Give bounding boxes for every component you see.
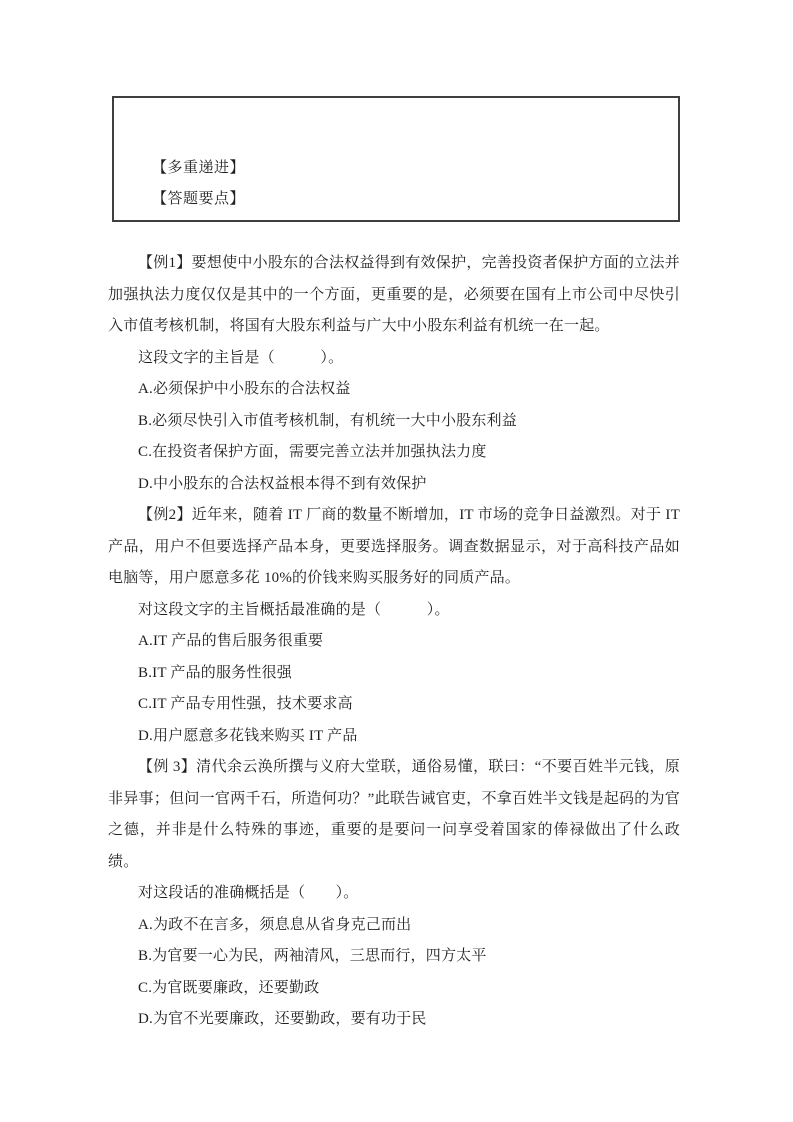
option-c: C.IT 产品专用性强，技术要求高	[108, 689, 680, 721]
document-page: 【多重递进】 【答题要点】 【例1】要想使中小股东的合法权益得到有效保护，完善投…	[0, 0, 793, 1122]
option-c: C.为官既要廉政，还要勤政	[108, 973, 680, 1005]
question-block-1: 【例1】要想使中小股东的合法权益得到有效保护，完善投资者保护方面的立法并加强执法…	[108, 248, 680, 500]
question-block-3: 【例 3】清代余云涣所撰与义府大堂联，通俗易懂，联曰：“不要百姓半元钱，原非异事…	[108, 752, 680, 1036]
summary-line-answer-points: 【答题要点】	[152, 184, 245, 215]
option-a: A.必须保护中小股东的合法权益	[108, 374, 680, 406]
option-c: C.在投资者保护方面，需要完善立法并加强执法力度	[108, 437, 680, 469]
option-a: A.IT 产品的售后服务很重要	[108, 626, 680, 658]
summary-line-multiple-progression: 【多重递进】	[152, 153, 245, 184]
option-d: D.为官不光要廉政，还要勤政，要有功于民	[108, 1004, 680, 1036]
question-stem: 【例2】近年来，随着 IT 厂商的数量不断增加，IT 市场的竞争日益激烈。对于 …	[108, 500, 680, 595]
option-a: A.为政不在言多，须息息从省身克己而出	[108, 910, 680, 942]
question-prompt: 对这段话的准确概括是（ ）。	[108, 878, 680, 910]
question-prompt: 这段文字的主旨是（ ）。	[108, 343, 680, 375]
option-d: D.中小股东的合法权益根本得不到有效保护	[108, 469, 680, 501]
option-b: B.必须尽快引入市值考核机制，有机统一大中小股东利益	[108, 406, 680, 438]
question-stem: 【例1】要想使中小股东的合法权益得到有效保护，完善投资者保护方面的立法并加强执法…	[108, 248, 680, 343]
option-b: B.为官要一心为民，两袖清风，三思而行，四方太平	[108, 941, 680, 973]
question-block-2: 【例2】近年来，随着 IT 厂商的数量不断增加，IT 市场的竞争日益激烈。对于 …	[108, 500, 680, 752]
option-d: D.用户愿意多花钱来购买 IT 产品	[108, 721, 680, 753]
summary-box: 【多重递进】 【答题要点】	[112, 96, 680, 222]
questions-content: 【例1】要想使中小股东的合法权益得到有效保护，完善投资者保护方面的立法并加强执法…	[108, 248, 680, 1036]
question-stem: 【例 3】清代余云涣所撰与义府大堂联，通俗易懂，联曰：“不要百姓半元钱，原非异事…	[108, 752, 680, 878]
option-b: B.IT 产品的服务性很强	[108, 658, 680, 690]
summary-box-content: 【多重递进】 【答题要点】	[152, 153, 245, 215]
question-prompt: 对这段文字的主旨概括最准确的是（ ）。	[108, 595, 680, 627]
